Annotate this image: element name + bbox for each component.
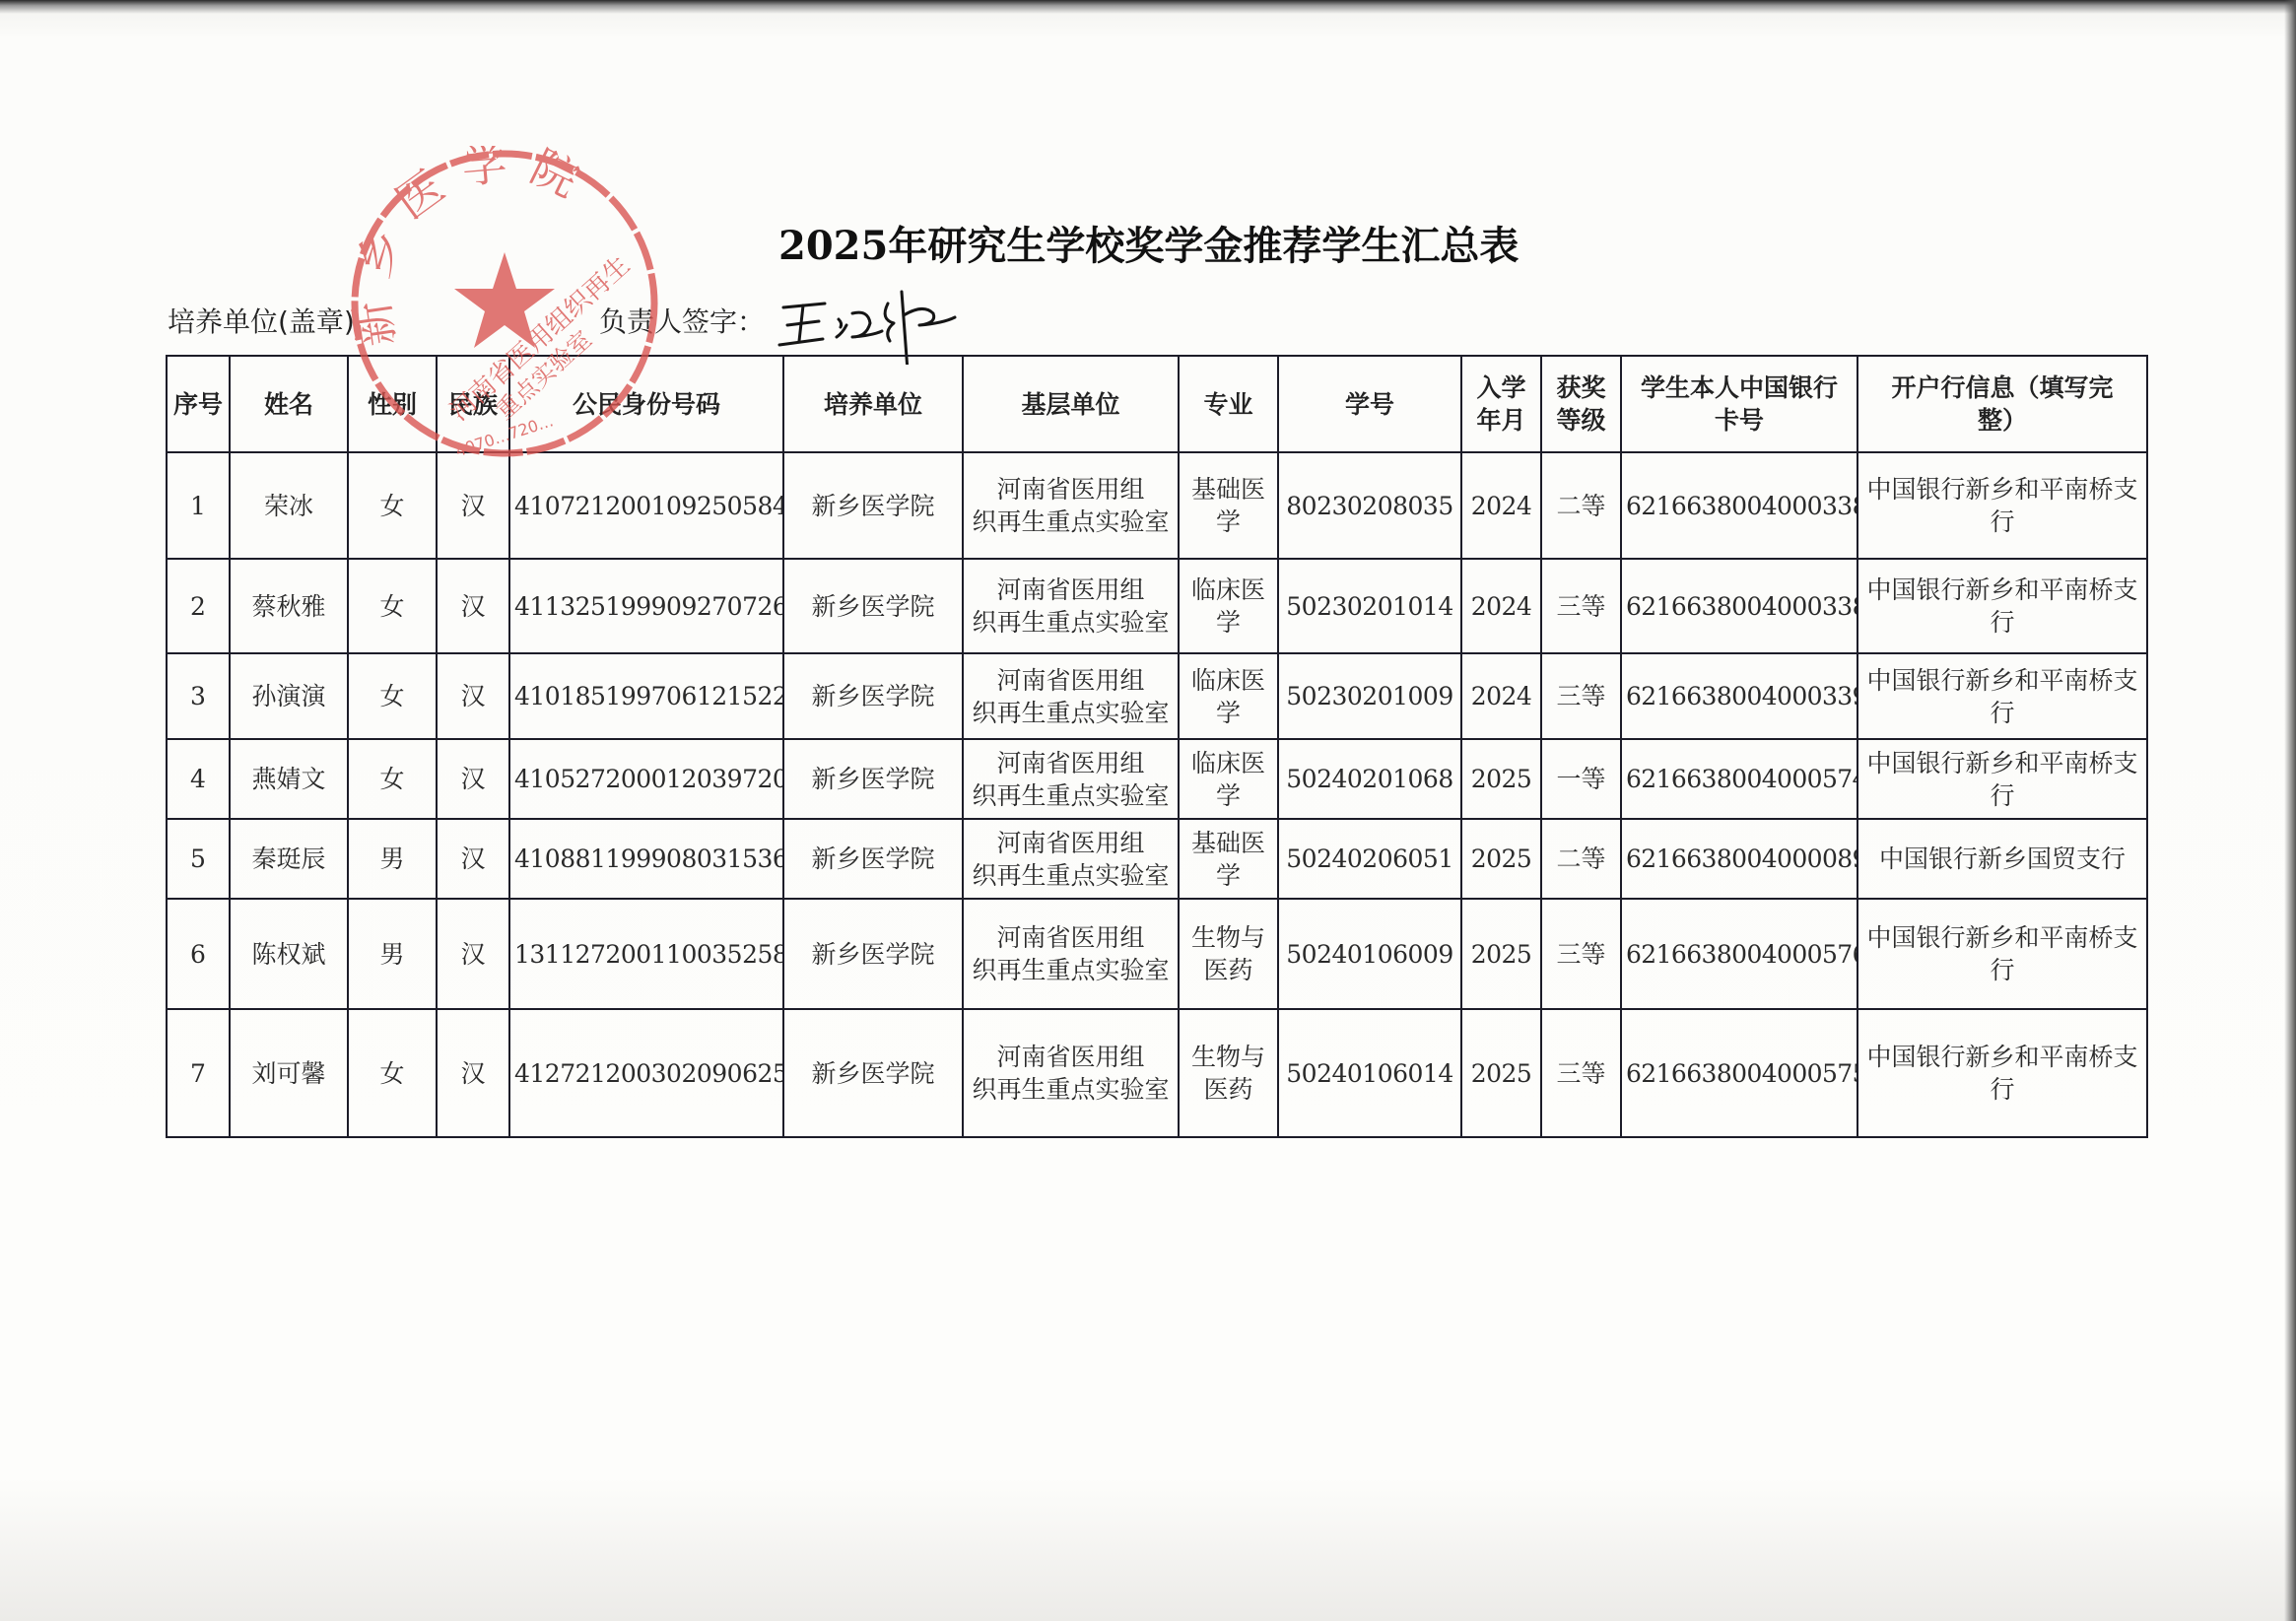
paper-top-edge	[0, 0, 2296, 14]
header-training-unit: 培养单位	[783, 356, 963, 452]
handwritten-signature	[774, 286, 971, 365]
cell-gender: 女	[348, 559, 437, 653]
cell-no: 6	[167, 899, 230, 1009]
cell-id-number: 412721200302090625	[509, 1009, 783, 1137]
cell-major: 临床医学	[1179, 739, 1278, 819]
cell-no: 7	[167, 1009, 230, 1137]
table-row: 6陈权斌男汉131127200110035258新乡医学院河南省医用组织再生重点…	[167, 899, 2147, 1009]
cell-award-grade: 二等	[1541, 452, 1621, 559]
cell-gender: 女	[348, 452, 437, 559]
cell-award-grade: 三等	[1541, 653, 1621, 739]
cell-major: 临床医学	[1179, 559, 1278, 653]
cell-enroll-year: 2025	[1461, 739, 1541, 819]
cell-major: 生物与医药	[1179, 899, 1278, 1009]
cell-enroll-year: 2025	[1461, 899, 1541, 1009]
cell-ethnicity: 汉	[437, 653, 509, 739]
cell-student-id: 50240106009	[1278, 899, 1461, 1009]
cell-award-grade: 三等	[1541, 559, 1621, 653]
cell-enroll-year: 2025	[1461, 819, 1541, 899]
training-unit-label: 培养单位(盖章)	[168, 301, 355, 340]
cell-bank-card: 6216638004000576312	[1621, 899, 1857, 1009]
cell-name: 刘可馨	[230, 1009, 348, 1137]
cell-id-number: 411325199909270726	[509, 559, 783, 653]
header-no: 序号	[167, 356, 230, 452]
cell-bank-card: 6216638004000575421	[1621, 1009, 1857, 1137]
cell-training-unit: 新乡医学院	[783, 1009, 963, 1137]
cell-gender: 男	[348, 819, 437, 899]
table-row: 5秦珽辰男汉410881199908031536新乡医学院河南省医用组织再生重点…	[167, 819, 2147, 899]
cell-award-grade: 三等	[1541, 899, 1621, 1009]
cell-name: 秦珽辰	[230, 819, 348, 899]
header-bank-card: 学生本人中国银行卡号	[1621, 356, 1857, 452]
cell-sub-unit: 河南省医用组织再生重点实验室	[963, 739, 1179, 819]
cell-name: 蔡秋雅	[230, 559, 348, 653]
cell-ethnicity: 汉	[437, 1009, 509, 1137]
cell-bank-branch: 中国银行新乡和平南桥支行	[1857, 899, 2147, 1009]
header-gender: 性别	[348, 356, 437, 452]
cell-id-number: 410527200012039720	[509, 739, 783, 819]
cell-training-unit: 新乡医学院	[783, 819, 963, 899]
paper-right-edge	[2284, 0, 2296, 1621]
cell-student-id: 50240106014	[1278, 1009, 1461, 1137]
cell-bank-card: 6216638004000574689	[1621, 739, 1857, 819]
scholarship-summary-table: 序号姓名性别民族公民身份号码培养单位基层单位专业学号入学年月获奖等级学生本人中国…	[166, 355, 2148, 1138]
cell-award-grade: 一等	[1541, 739, 1621, 819]
cell-gender: 女	[348, 1009, 437, 1137]
cell-id-number: 410185199706121522	[509, 653, 783, 739]
cell-gender: 男	[348, 899, 437, 1009]
cell-bank-branch: 中国银行新乡和平南桥支行	[1857, 452, 2147, 559]
cell-training-unit: 新乡医学院	[783, 559, 963, 653]
cell-ethnicity: 汉	[437, 559, 509, 653]
header-bank-branch: 开户行信息（填写完整）	[1857, 356, 2147, 452]
header-ethnicity: 民族	[437, 356, 509, 452]
cell-enroll-year: 2024	[1461, 653, 1541, 739]
cell-training-unit: 新乡医学院	[783, 653, 963, 739]
cell-ethnicity: 汉	[437, 739, 509, 819]
cell-name: 荣冰	[230, 452, 348, 559]
cell-award-grade: 三等	[1541, 1009, 1621, 1137]
cell-enroll-year: 2024	[1461, 452, 1541, 559]
header-student-id: 学号	[1278, 356, 1461, 452]
table-row: 3孙演演女汉410185199706121522新乡医学院河南省医用组织再生重点…	[167, 653, 2147, 739]
cell-no: 1	[167, 452, 230, 559]
cell-major: 临床医学	[1179, 653, 1278, 739]
cell-training-unit: 新乡医学院	[783, 452, 963, 559]
cell-bank-branch: 中国银行新乡和平南桥支行	[1857, 739, 2147, 819]
cell-sub-unit: 河南省医用组织再生重点实验室	[963, 819, 1179, 899]
cell-sub-unit: 河南省医用组织再生重点实验室	[963, 452, 1179, 559]
cell-major: 生物与医药	[1179, 1009, 1278, 1137]
cell-no: 3	[167, 653, 230, 739]
cell-major: 基础医学	[1179, 819, 1278, 899]
cell-id-number: 410721200109250584	[509, 452, 783, 559]
header-award-grade: 获奖等级	[1541, 356, 1621, 452]
cell-id-number: 131127200110035258	[509, 899, 783, 1009]
cell-sub-unit: 河南省医用组织再生重点实验室	[963, 899, 1179, 1009]
cell-bank-card: 6216638004000089746	[1621, 819, 1857, 899]
cell-bank-branch: 中国银行新乡国贸支行	[1857, 819, 2147, 899]
header-sub-unit: 基层单位	[963, 356, 1179, 452]
cell-bank-card: 6216638004000338846	[1621, 452, 1857, 559]
table-header-row: 序号姓名性别民族公民身份号码培养单位基层单位专业学号入学年月获奖等级学生本人中国…	[167, 356, 2147, 452]
table-row: 2蔡秋雅女汉411325199909270726新乡医学院河南省医用组织再生重点…	[167, 559, 2147, 653]
cell-no: 5	[167, 819, 230, 899]
cell-training-unit: 新乡医学院	[783, 899, 963, 1009]
cell-student-id: 50230201014	[1278, 559, 1461, 653]
cell-no: 4	[167, 739, 230, 819]
cell-major: 基础医学	[1179, 452, 1278, 559]
cell-enroll-year: 2024	[1461, 559, 1541, 653]
cell-gender: 女	[348, 653, 437, 739]
table-row: 1荣冰女汉410721200109250584新乡医学院河南省医用组织再生重点实…	[167, 452, 2147, 559]
document-title: 2025年研究生学校奖学金推荐学生汇总表	[778, 215, 1519, 271]
cell-bank-branch: 中国银行新乡和平南桥支行	[1857, 1009, 2147, 1137]
cell-sub-unit: 河南省医用组织再生重点实验室	[963, 1009, 1179, 1137]
cell-training-unit: 新乡医学院	[783, 739, 963, 819]
cell-name: 燕婧文	[230, 739, 348, 819]
cell-bank-branch: 中国银行新乡和平南桥支行	[1857, 559, 2147, 653]
cell-ethnicity: 汉	[437, 899, 509, 1009]
header-major: 专业	[1179, 356, 1278, 452]
cell-ethnicity: 汉	[437, 452, 509, 559]
cell-gender: 女	[348, 739, 437, 819]
signature-label: 负责人签字：	[599, 301, 765, 340]
cell-name: 孙演演	[230, 653, 348, 739]
cell-student-id: 50240206051	[1278, 819, 1461, 899]
cell-bank-branch: 中国银行新乡和平南桥支行	[1857, 653, 2147, 739]
cell-name: 陈权斌	[230, 899, 348, 1009]
cell-bank-card: 6216638004000338424	[1621, 559, 1857, 653]
cell-student-id: 50230201009	[1278, 653, 1461, 739]
header-id-number: 公民身份号码	[509, 356, 783, 452]
cell-enroll-year: 2025	[1461, 1009, 1541, 1137]
cell-no: 2	[167, 559, 230, 653]
cell-id-number: 410881199908031536	[509, 819, 783, 899]
cell-award-grade: 二等	[1541, 819, 1621, 899]
table-row: 4燕婧文女汉410527200012039720新乡医学院河南省医用组织再生重点…	[167, 739, 2147, 819]
cell-sub-unit: 河南省医用组织再生重点实验室	[963, 653, 1179, 739]
cell-ethnicity: 汉	[437, 819, 509, 899]
cell-student-id: 80230208035	[1278, 452, 1461, 559]
header-name: 姓名	[230, 356, 348, 452]
header-enroll-year: 入学年月	[1461, 356, 1541, 452]
cell-student-id: 50240201068	[1278, 739, 1461, 819]
cell-sub-unit: 河南省医用组织再生重点实验室	[963, 559, 1179, 653]
cell-bank-card: 6216638004000339729	[1621, 653, 1857, 739]
table-row: 7刘可馨女汉412721200302090625新乡医学院河南省医用组织再生重点…	[167, 1009, 2147, 1137]
